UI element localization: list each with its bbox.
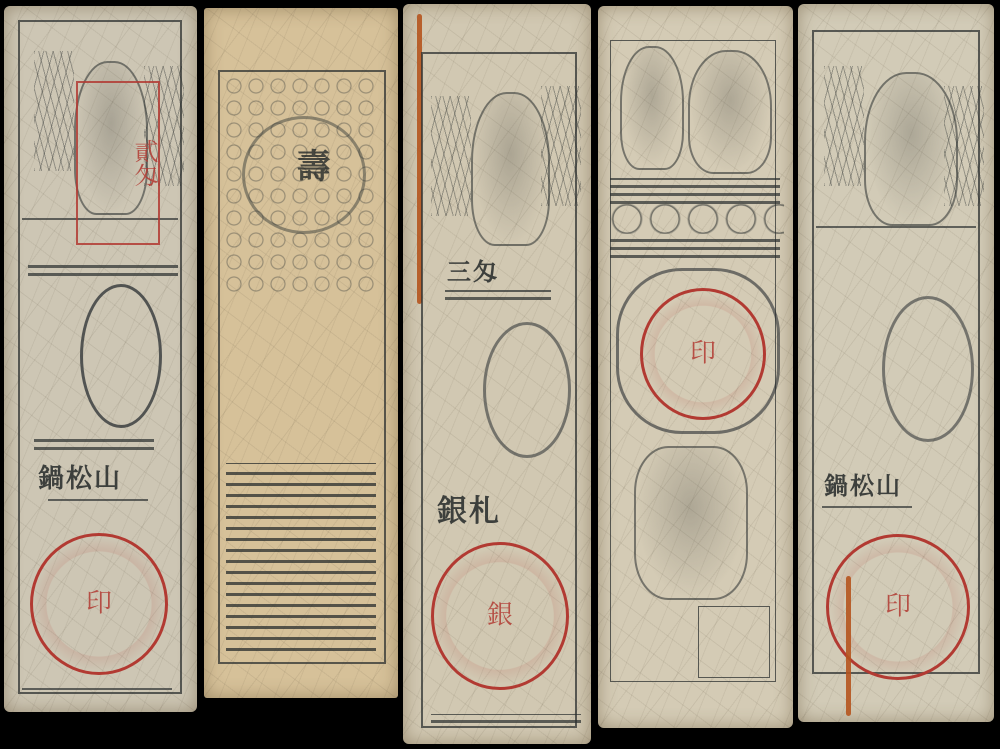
note-5-divider-2 bbox=[822, 506, 912, 508]
note-3-plant-left bbox=[431, 96, 471, 216]
note-1-plant-left bbox=[34, 51, 74, 171]
note-5-rust-stain bbox=[846, 576, 851, 716]
note-4-lower-box bbox=[698, 606, 770, 678]
note-1-seal-text: 印 bbox=[33, 590, 165, 617]
note-5-plant-left bbox=[824, 66, 864, 186]
note-4-seal-text: 印 bbox=[643, 340, 763, 367]
note-1-bar bbox=[28, 264, 178, 276]
note-2-meander-pattern bbox=[226, 463, 376, 651]
hansatsu-note-4: 印 bbox=[598, 6, 793, 728]
note-3-bottom-lines bbox=[431, 714, 581, 723]
note-3-seal-text: 銀 bbox=[434, 602, 566, 629]
hansatsu-note-3: 三匁 銀札 銀 bbox=[403, 4, 591, 744]
note-3-bar bbox=[445, 290, 551, 300]
note-4-standing-figure bbox=[634, 446, 748, 600]
note-3-red-seal: 銀 bbox=[431, 542, 569, 690]
note-4-bottom-bars bbox=[610, 236, 780, 258]
note-1-stamp-text: 貳匁 bbox=[130, 139, 158, 187]
note-1-oval-medallion bbox=[80, 284, 162, 428]
note-1-divider-2 bbox=[48, 499, 148, 501]
note-3-figure bbox=[471, 92, 550, 246]
note-1-issuer-text: 鍋松山 bbox=[38, 458, 122, 495]
note-5-oval-medallion bbox=[882, 296, 974, 442]
note-1-red-stamp: 貳匁 bbox=[76, 81, 160, 245]
hansatsu-note-1: 貳匁 鍋松山 印 bbox=[4, 6, 197, 712]
note-3-issuer-text: 銀札 bbox=[437, 486, 501, 530]
note-1-bar-2 bbox=[34, 434, 154, 450]
note-1-red-seal: 印 bbox=[30, 533, 168, 675]
note-5-issuer-text: 鍋松山 bbox=[824, 466, 902, 501]
note-3-oval-medallion bbox=[483, 322, 571, 458]
note-4-pillar-row bbox=[608, 204, 784, 234]
note-5-divider bbox=[816, 226, 976, 228]
note-3-value-text: 三匁 bbox=[447, 252, 499, 287]
note-4-red-seal: 印 bbox=[640, 288, 766, 420]
note-5-figure bbox=[864, 72, 958, 226]
note-2-cartouche-text: 壽 bbox=[286, 148, 335, 186]
hansatsu-note-2: 壽 bbox=[204, 8, 398, 698]
note-1-bottom-line bbox=[22, 688, 172, 690]
hansatsu-note-5: 鍋松山 印 bbox=[798, 4, 994, 722]
note-4-top-bars bbox=[610, 178, 780, 204]
note-4-figure-group-left bbox=[620, 46, 684, 170]
note-4-figure-group-right bbox=[688, 50, 772, 174]
